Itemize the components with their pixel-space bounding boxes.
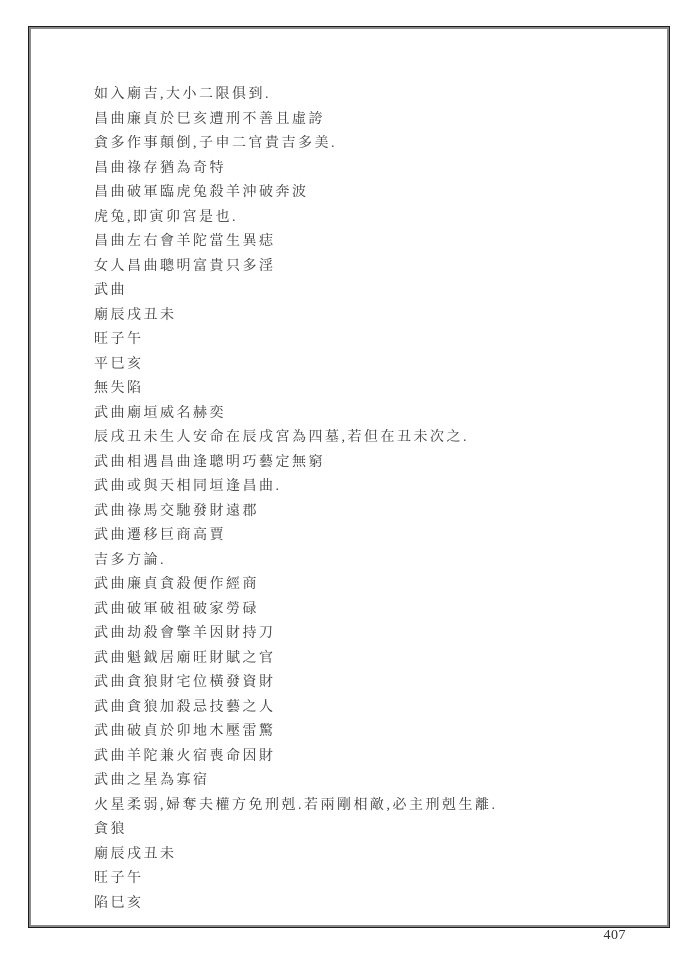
text-line: 武曲貪狼加殺忌技藝之人 [94, 696, 654, 721]
text-line: 武曲相遇昌曲逢聰明巧藝定無窮 [94, 451, 654, 476]
text-line: 陷巳亥 [94, 892, 654, 917]
text-line: 武曲之星為寡宿 [94, 769, 654, 794]
text-line: 武曲廉貞貪殺便作經商 [94, 573, 654, 598]
text-line: 旺子午 [94, 328, 654, 353]
text-line: 無失陷 [94, 377, 654, 402]
text-line: 火星柔弱,婦奪夫權方免刑剋.若兩剛相敵,必主刑剋生離. [94, 794, 654, 819]
text-line: 貪狼 [94, 818, 654, 843]
text-line: 貪多作事顛倒,子申二官貴吉多美. [94, 132, 654, 157]
text-line: 武曲劫殺會擎羊因財持刀 [94, 622, 654, 647]
page-border-frame: 如入廟吉,大小二限俱到. 昌曲廉貞於巳亥遭刑不善且虛誇 貪多作事顛倒,子申二官貴… [28, 26, 670, 928]
text-line: 廟辰戌丑未 [94, 304, 654, 329]
text-line: 女人昌曲聰明富貴只多淫 [94, 255, 654, 280]
text-line: 武曲或與天相同垣逢昌曲. [94, 475, 654, 500]
text-line: 武曲廟垣威名赫奕 [94, 402, 654, 427]
text-line: 平巳亥 [94, 353, 654, 378]
text-line: 吉多方論. [94, 549, 654, 574]
text-line: 廟辰戌丑未 [94, 843, 654, 868]
text-line: 武曲 [94, 279, 654, 304]
document-page: 如入廟吉,大小二限俱到. 昌曲廉貞於巳亥遭刑不善且虛誇 貪多作事顛倒,子申二官貴… [0, 0, 700, 960]
text-line: 武曲破軍破祖破家勞碌 [94, 598, 654, 623]
text-line: 虎兔,即寅卯宮是也. [94, 206, 654, 231]
text-line: 武曲羊陀兼火宿喪命因財 [94, 745, 654, 770]
text-block: 如入廟吉,大小二限俱到. 昌曲廉貞於巳亥遭刑不善且虛誇 貪多作事顛倒,子申二官貴… [94, 83, 654, 916]
text-line: 武曲魁鉞居廟旺財賦之官 [94, 647, 654, 672]
text-line: 武曲祿馬交馳發財遠郡 [94, 500, 654, 525]
text-line: 旺子午 [94, 867, 654, 892]
text-line: 武曲貪狼財宅位橫發資財 [94, 671, 654, 696]
text-line: 昌曲廉貞於巳亥遭刑不善且虛誇 [94, 108, 654, 133]
text-line: 辰戌丑未生人安命在辰戌宮為四墓,若但在丑未次之. [94, 426, 654, 451]
page-number: 407 [604, 928, 627, 944]
text-line: 昌曲破軍臨虎兔殺羊沖破奔波 [94, 181, 654, 206]
text-line: 武曲遷移巨商高賈 [94, 524, 654, 549]
text-line: 武曲破貞於卯地木壓雷驚 [94, 720, 654, 745]
text-line: 昌曲左右會羊陀當生異痣 [94, 230, 654, 255]
text-line: 昌曲祿存猶為奇特 [94, 157, 654, 182]
text-line: 如入廟吉,大小二限俱到. [94, 83, 654, 108]
